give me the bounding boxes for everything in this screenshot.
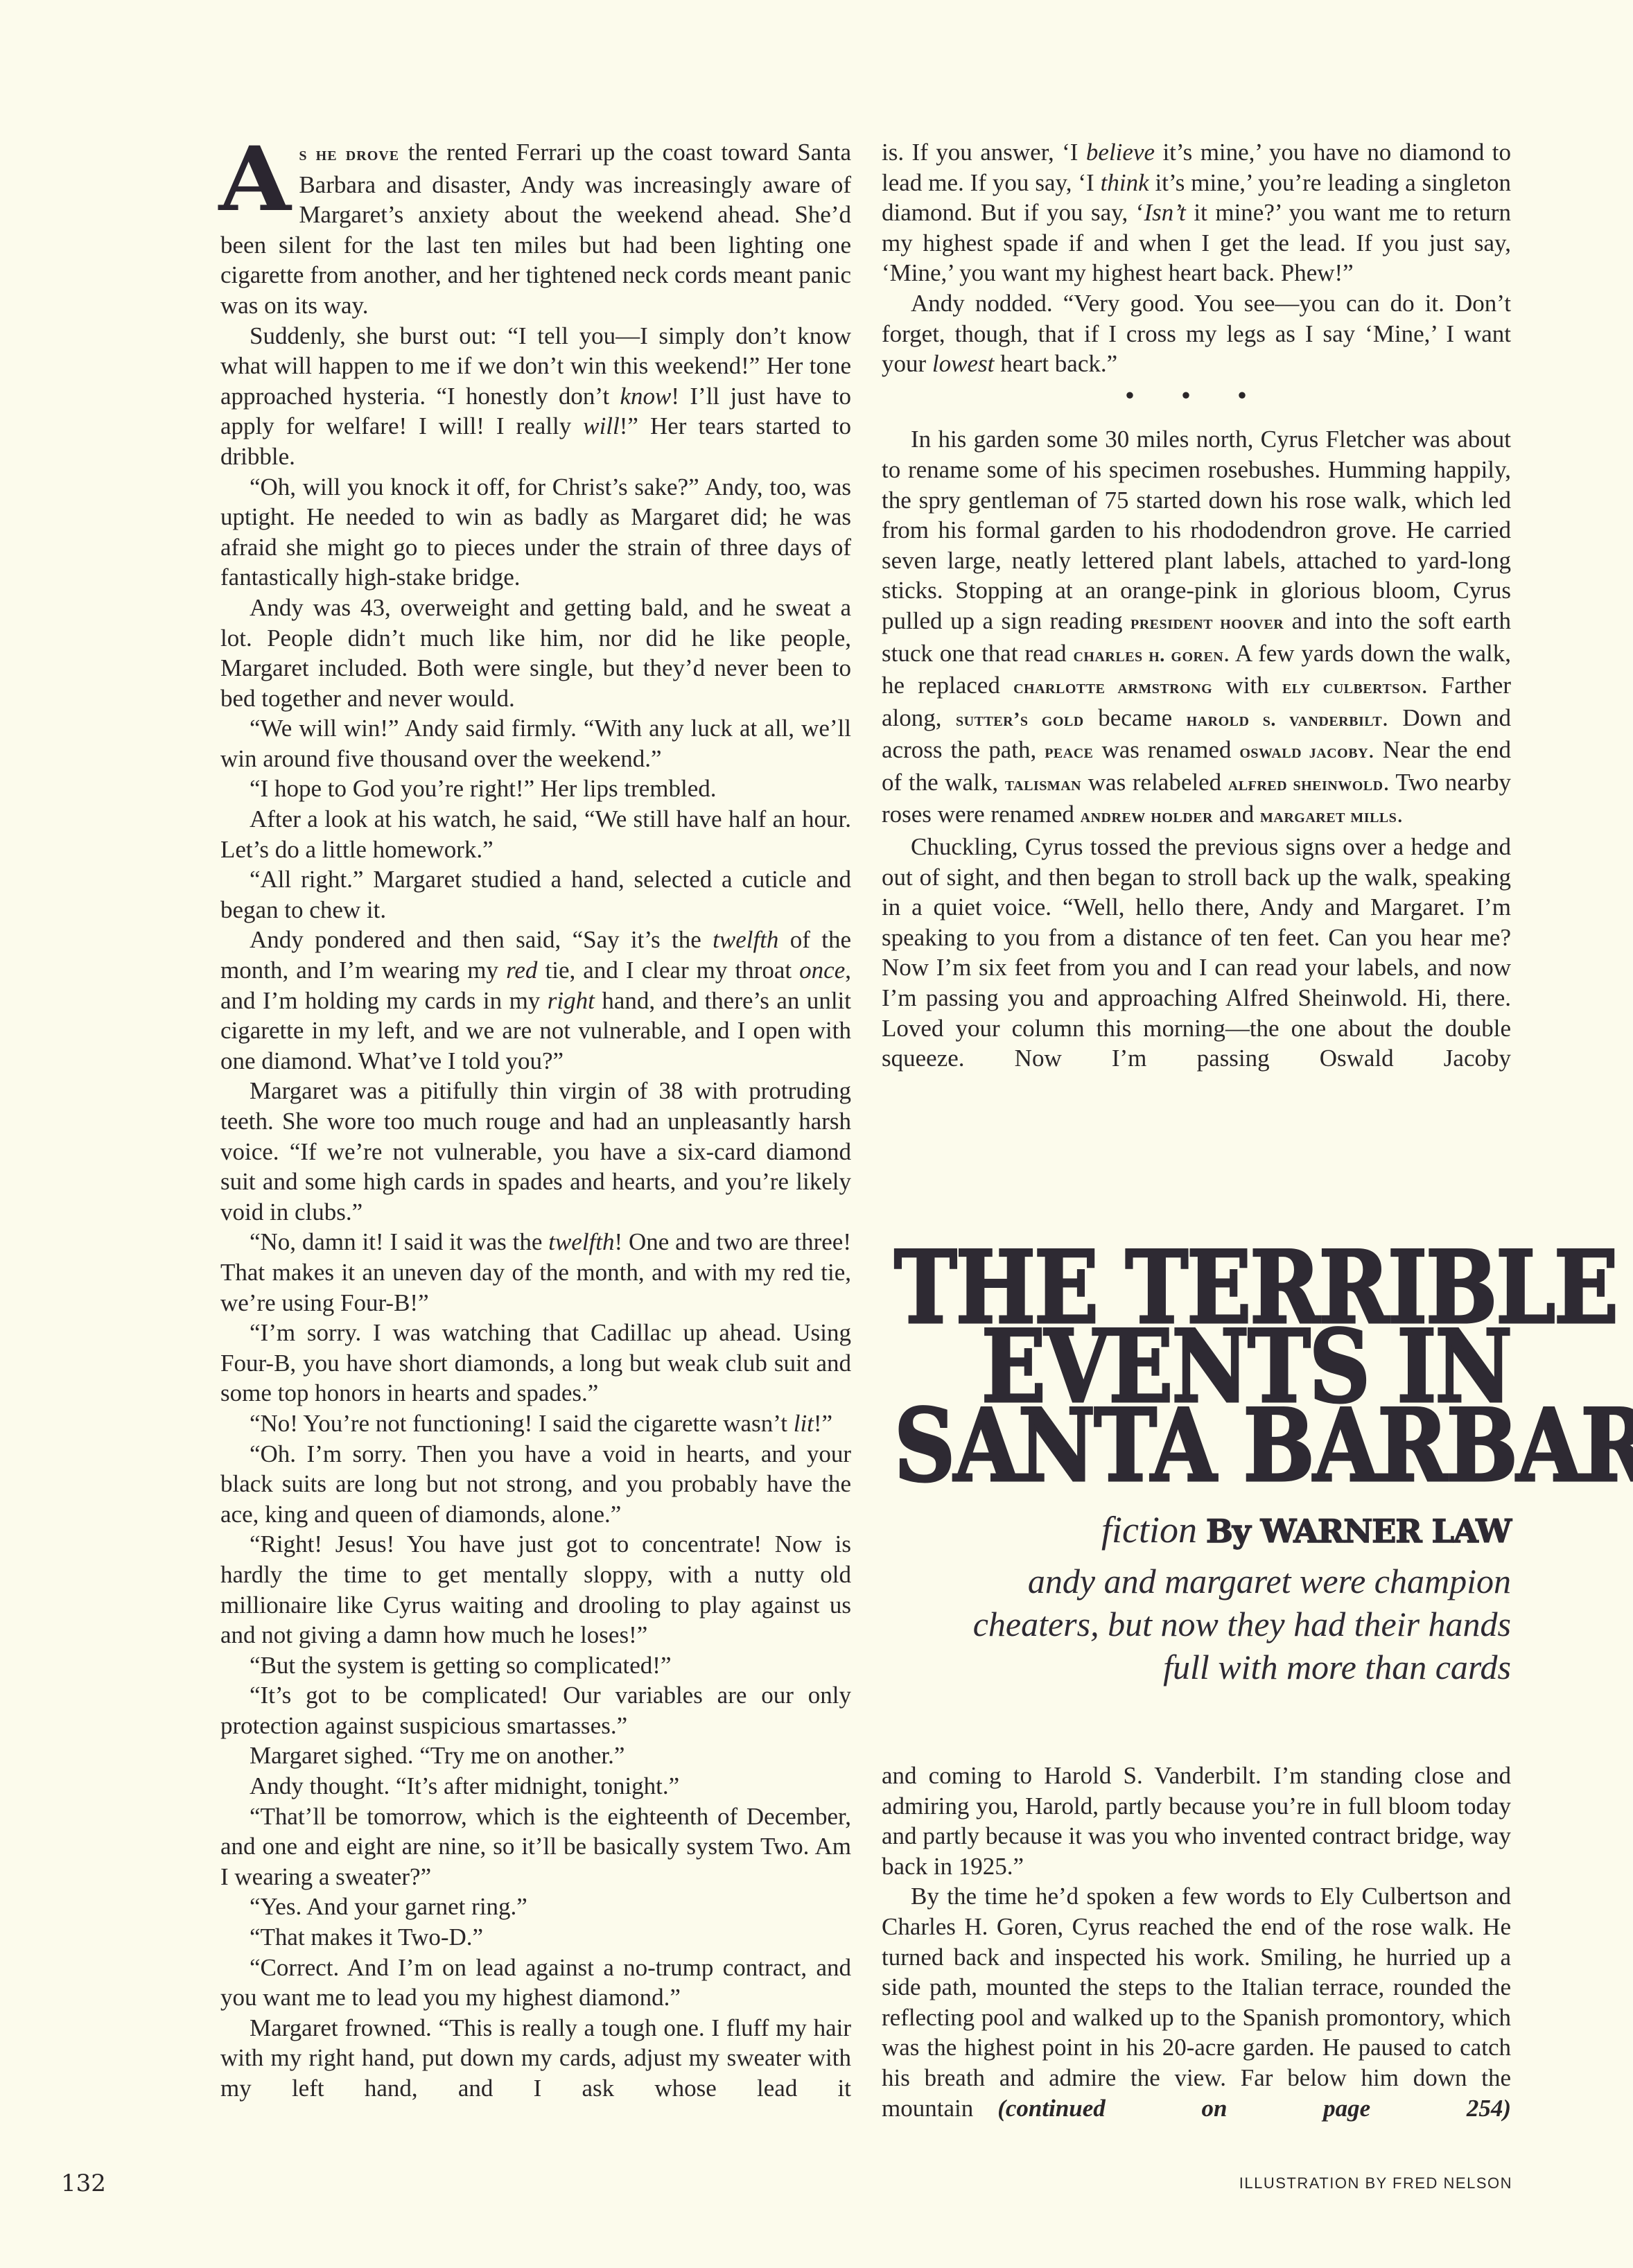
rose-label-name: Alfred Sheinwold [1228, 774, 1383, 795]
paragraph: “It’s got to be complicated! Our variabl… [220, 1680, 851, 1741]
paragraph: “Oh, will you knock it off, for Christ’s… [220, 472, 851, 593]
paragraph: By the time he’d spoken a few words to E… [882, 1881, 1511, 2123]
paragraph: Margaret sighed. “Try me on another.” [220, 1741, 851, 1771]
paragraph: Chuckling, Cyrus tossed the previous sig… [882, 832, 1511, 1074]
paragraph: “Correct. And I’m on lead against a no-t… [220, 1953, 851, 2013]
paragraph: “Oh. I’m sorry. Then you have a void in … [220, 1439, 851, 1530]
paragraph: “No! You’re not functioning! I said the … [220, 1408, 851, 1439]
emphasis: lit [794, 1410, 814, 1437]
paragraph: Suddenly, she burst out: “I tell you—I s… [220, 321, 851, 472]
right-column-top: is. If you answer, ‘I believe it’s mine,… [882, 137, 1511, 1074]
paragraph: is. If you answer, ‘I believe it’s mine,… [882, 137, 1511, 288]
right-column-middle-paragraphs: In his garden some 30 miles north, Cyrus… [882, 424, 1511, 1073]
rose-label-name: Oswald Jacoby [1239, 741, 1368, 762]
title-block: THE TERRIBLE EVENTS IN SANTA BARBARA fic… [894, 1248, 1511, 1551]
emphasis: think [1101, 169, 1149, 196]
paragraph: After a look at his watch, he said, “We … [220, 804, 851, 864]
emphasis: right [548, 987, 595, 1014]
rose-label-name: Charles H. Goren [1073, 645, 1223, 666]
emphasis: twelfth [548, 1228, 614, 1255]
paragraph: “That’ll be tomorrow, which is the eight… [220, 1802, 851, 1892]
right-column-top-paragraphs: is. If you answer, ‘I believe it’s mine,… [882, 137, 1511, 379]
paragraph: “No, damn it! I said it was the twelfth!… [220, 1227, 851, 1318]
emphasis: Isn’t [1144, 199, 1185, 226]
emphasis: twelfth [713, 926, 778, 953]
paragraph: Andy nodded. “Very good. You see—you can… [882, 288, 1511, 379]
left-column: As he drove the rented Ferrari up the co… [220, 137, 851, 2104]
right-column-bottom: and coming to Harold S. Vanderbilt. I’m … [882, 1761, 1511, 2123]
paragraph: “All right.” Margaret studied a hand, se… [220, 864, 851, 925]
emphasis: will [583, 412, 620, 439]
paragraph: Andy thought. “It’s after midnight, toni… [220, 1771, 851, 1802]
byline: fiction By WARNER LAW [894, 1508, 1511, 1551]
paragraph: “But the system is getting so complicate… [220, 1650, 851, 1681]
emphasis: red [506, 957, 537, 984]
page-number: 132 [61, 2170, 106, 2197]
paragraph: “I’m sorry. I was watching that Cadillac… [220, 1318, 851, 1408]
article-dek: andy and margaret were champion cheaters… [970, 1560, 1511, 1689]
section-separator: • • • [882, 381, 1511, 411]
author-name: By WARNER LAW [1206, 1512, 1511, 1550]
opening-smallcaps: s he drove [299, 143, 399, 165]
paragraph: In his garden some 30 miles north, Cyrus… [882, 424, 1511, 832]
paragraph: Andy was 43, overweight and getting bald… [220, 593, 851, 713]
rose-label-name: Harold S. Vanderbilt [1187, 709, 1382, 731]
emphasis: once [799, 957, 845, 984]
emphasis: believe [1086, 139, 1155, 166]
genre-label: fiction [1101, 1509, 1197, 1551]
emphasis: know [620, 383, 672, 410]
emphasis: lowest [932, 350, 994, 377]
continued-note: (continued on page 254) [997, 2095, 1511, 2122]
rose-label-name: Ely Culbertson [1282, 677, 1422, 698]
paragraph: “Yes. And your garnet ring.” [220, 1892, 851, 1922]
rose-label-name: Charlotte Armstrong [1013, 677, 1212, 698]
rose-label-name: Talisman [1005, 774, 1081, 795]
rose-label-name: Sutter’s Gold [956, 709, 1084, 731]
rose-label-name: President Hoover [1130, 612, 1284, 634]
paragraph: Margaret frowned. “This is really a toug… [220, 2013, 851, 2104]
paragraph: Andy pondered and then said, “Say it’s t… [220, 925, 851, 1076]
paragraph: “Right! Jesus! You have just got to conc… [220, 1529, 851, 1650]
paragraph: “We will win!” Andy said firmly. “With a… [220, 713, 851, 774]
drop-cap: A [219, 141, 291, 223]
title-line-3: SANTA BARBARA [894, 1399, 1511, 1492]
paragraph: and coming to Harold S. Vanderbilt. I’m … [882, 1761, 1511, 1881]
paragraph: As he drove the rented Ferrari up the co… [220, 137, 851, 321]
paragraph: Margaret was a pitifully thin virgin of … [220, 1076, 851, 1227]
illustration-credit: ILLUSTRATION BY FRED NELSON [1239, 2174, 1512, 2192]
rose-label-name: Peace [1045, 741, 1093, 762]
paragraph: “I hope to God you’re right!” Her lips t… [220, 774, 851, 804]
rose-label-name: Andrew Holder [1081, 805, 1213, 827]
paragraph: “That makes it Two-D.” [220, 1922, 851, 1953]
rose-label-name: Margaret Mills [1260, 805, 1397, 827]
